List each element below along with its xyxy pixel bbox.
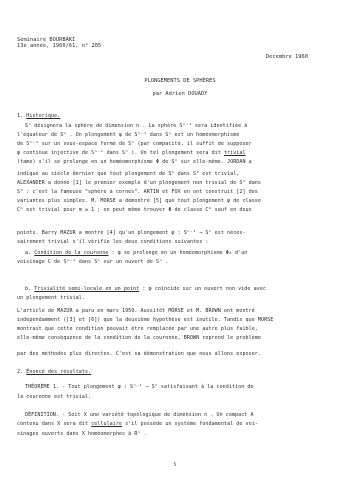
section-heading-enonce: 2. Énoncé des résultats.: [17, 369, 91, 375]
paragraph-line: variantes plus simples. M. MORSE a démon…: [17, 198, 261, 204]
paragraph-line: un plongement trivial.: [17, 295, 85, 301]
paragraph-line: Cᵐ est trivial pour m ≥ 1 ; on peut même…: [17, 207, 252, 213]
paragraph-line: l'équateur de Sⁿ . Un plongement φ de Sⁿ…: [17, 132, 239, 138]
section-number: 1.: [17, 113, 23, 119]
term-cellulaire: cellulaire: [91, 421, 122, 427]
paragraph-line: sinages ouverts dans X homéomorphes à Rⁿ…: [17, 431, 147, 437]
term-trivial: trivial: [224, 150, 246, 156]
paragraph-line: indiqué au siècle dernier que tout plong…: [17, 171, 239, 177]
paragraph-line: sairement trivial s'il vérifie les deux …: [17, 239, 209, 245]
condition-title: Trivialité semi-locale en un point: [34, 286, 139, 292]
paragraph-line: contenu dans X sera dit cellulaire s'il …: [17, 421, 258, 427]
condition-b: b. Trivialité semi-locale en un point : …: [25, 286, 266, 292]
document-title: PLONGEMENTS DE SPHÈRES: [0, 78, 360, 84]
paragraph-line: ALEXANDER a donné [1] le premier exemple…: [17, 180, 261, 186]
paragraph-line: Sⁿ désignera la sphère de dimension n . …: [25, 123, 247, 129]
definition-label: DÉFINITION.: [25, 412, 59, 418]
paragraph-line: elle-même conséquence de la condition de…: [17, 335, 261, 341]
paragraph-line: voisinage C de Sⁿ⁻¹ dans Sⁿ sur un ouver…: [17, 259, 168, 265]
paragraph-line: points. Barry MAZUR a montré [4] qu'un p…: [17, 230, 246, 236]
document-author: par Adrien DOUADY: [0, 91, 360, 97]
section-heading-historique: 1. Historique.: [17, 113, 60, 119]
section-number: 2.: [17, 369, 23, 375]
paragraph-line: montrait que cette condition pouvait êtr…: [17, 326, 258, 332]
theorem-1: THÉORÈME 1. - Tout plongement φ : Sⁿ⁻¹ →…: [25, 384, 254, 390]
section-title: Énoncé des résultats.: [26, 369, 91, 375]
paragraph-line: de Sⁿ⁻¹ sur un sous-espace fermé de Sⁿ (…: [17, 141, 252, 147]
paragraph-line: indépendamment ([3] et [6]) que la deuxi…: [17, 317, 273, 323]
paragraph-line: par des méthodes plus directes. C'est sa…: [17, 351, 261, 357]
definition: DÉFINITION. - Soit X une variété topolog…: [25, 412, 254, 418]
document-date: Décembre 1960: [266, 54, 308, 60]
document-page: Séminaire BOURBAKI 13e année, 1960/61, n…: [0, 0, 360, 500]
section-title: Historique.: [26, 113, 60, 119]
paragraph-line: φ continue injective de Sⁿ⁻¹ dans Sⁿ ). …: [17, 150, 246, 156]
seminar-volume: 13e année, 1960/61, n° 205: [17, 43, 101, 49]
paragraph-line: L'article de MAZUR a paru en mars 1959. …: [17, 308, 255, 314]
condition-a: a. Condition de la couronne : φ se prolo…: [25, 250, 247, 256]
paragraph-line: S³ : c'est la fameuse "sphère à cornes".…: [17, 189, 258, 195]
condition-title: Condition de la couronne: [34, 250, 108, 256]
theorem-label: THÉORÈME 1.: [25, 384, 59, 390]
paragraph-line: (tame) s'il se prolonge en un homéomorph…: [17, 159, 252, 165]
page-number: 5: [0, 463, 350, 469]
paragraph-line: la couronne est trivial.: [17, 394, 91, 400]
